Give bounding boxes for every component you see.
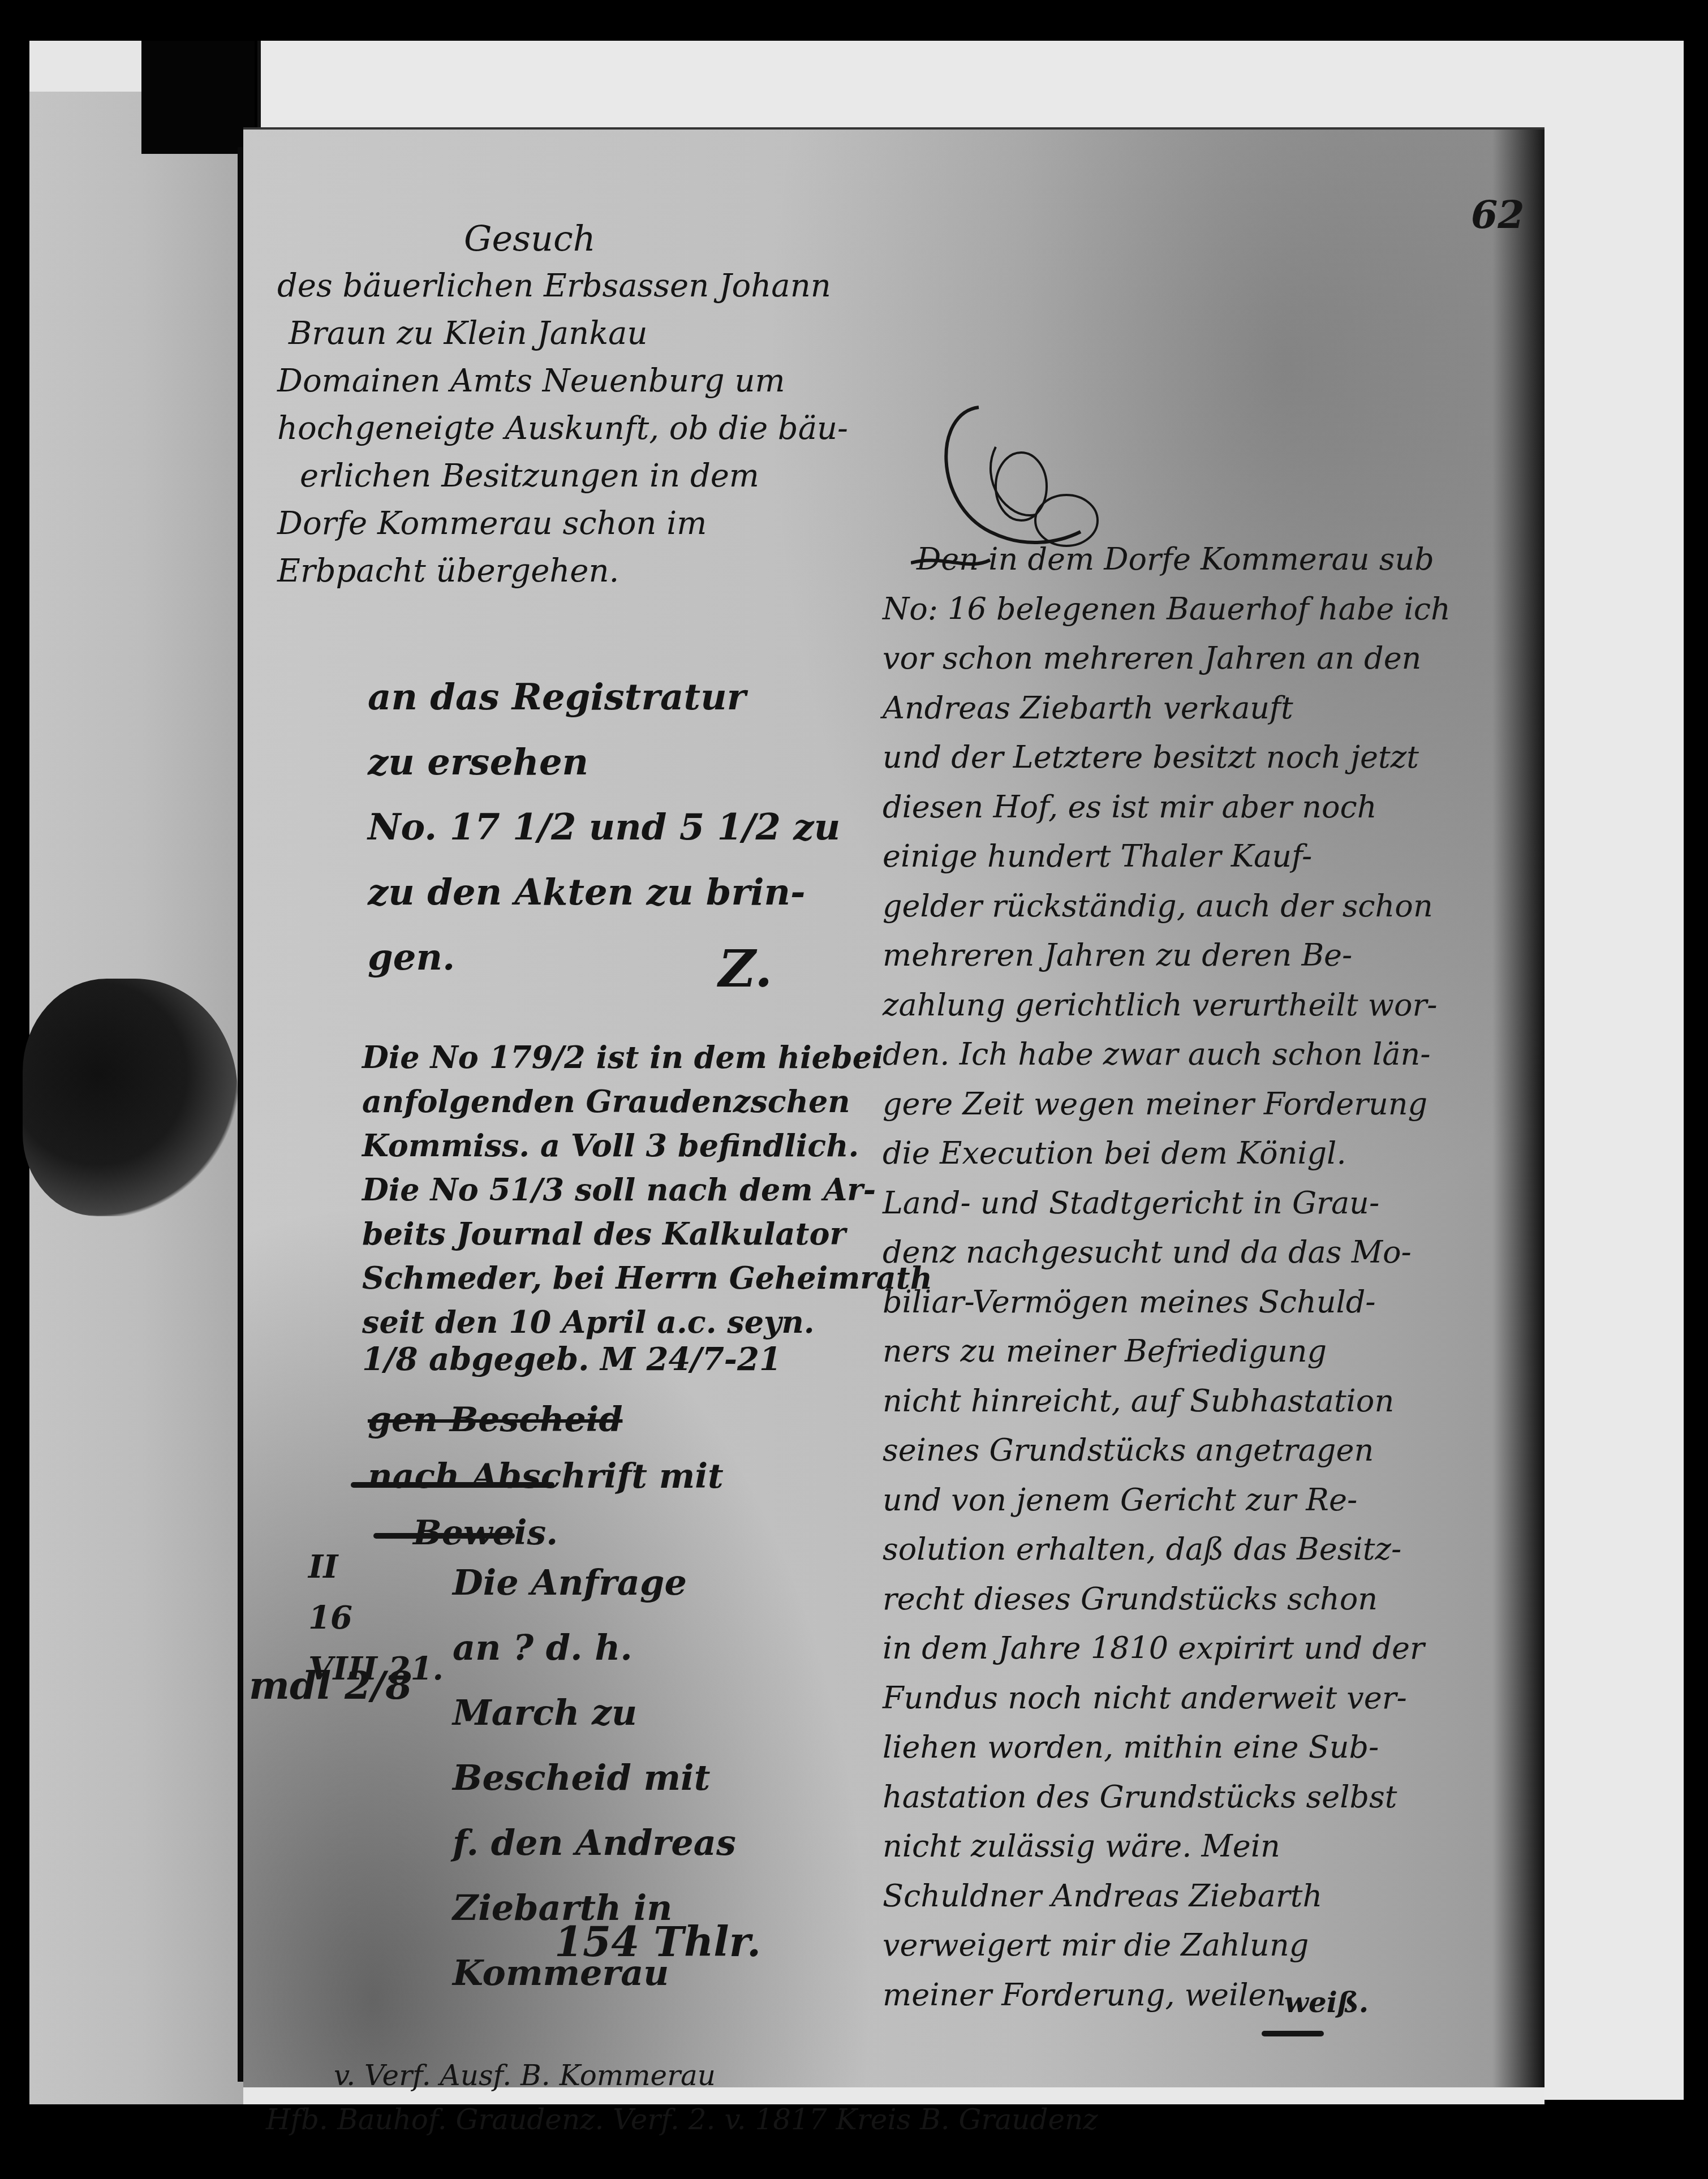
body-line: Den in dem Dorfe Kommerau sub [883,535,1550,584]
body-line: Land- und Stadtgericht in Grau- [883,1178,1550,1228]
footer-notes: v. Verf. Ausf. B. Kommerau Hfb. Bauhof. … [266,2053,1098,2142]
registry-initials: Z. [719,939,772,999]
body-line: recht dieses Grundstücks schon [883,1574,1550,1624]
amount-note: 154 Thlr. [554,1918,761,1966]
memo-line: Die No 51/3 soll nach dem Ar- [362,1168,932,1212]
petition-body: Den in dem Dorfe Kommerau sub No: 16 bel… [883,535,1550,2019]
body-line: die Execution bei dem Königl. [883,1129,1550,1178]
footer-line: v. Verf. Ausf. B. Kommerau [266,2053,1098,2098]
spine-top-edge [29,41,143,92]
resolution-line: an ? d. h. [453,1615,736,1680]
heading-title: Gesuch [277,215,900,262]
body-line: nicht hinreicht, auf Subhastation [883,1376,1550,1426]
heading-line: hochgeneigte Auskunft, ob die bäu- [277,405,900,453]
body-line: mehreren Jahren zu deren Be- [883,931,1550,980]
heading-line: des bäuerlichen Erbsassen Johann [277,262,900,310]
struck-line: gen Bescheid [368,1392,724,1448]
body-line: liehen worden, mithin eine Sub- [883,1722,1550,1772]
heading-line: Domainen Amts Neuenburg um [277,358,900,405]
margin-date-part: 16 [308,1592,444,1643]
body-line: gelder rückständig, auch der schon [883,881,1550,931]
body-line: in dem Jahre 1810 expirirt und der [883,1624,1550,1673]
footer-line: Hfb. Bauhof. Graudenz. Verf. 2. v. 1817 … [266,2098,1098,2142]
body-line: und von jenem Gericht zur Re- [883,1475,1550,1525]
memo-line: beits Journal des Kalkulator [362,1212,932,1256]
body-line: No: 16 belegenen Bauerhof habe ich [883,584,1550,634]
divider-rule [373,1533,515,1539]
spine-gap [141,41,255,154]
body-line: meiner Forderung, weilen [883,1970,1550,2020]
page-number: 62 [1471,192,1525,238]
body-line: verweigert mir die Zahlung [883,1920,1550,1970]
body-line: solution erhalten, daß das Besitz- [883,1525,1550,1574]
memo-line: anfolgenden Graudenzschen [362,1079,932,1123]
memo-line: Die No 179/2 ist in dem hiebei [362,1035,932,1079]
closing-underline [1262,2031,1324,2036]
memo-line: seit den 10 April a.c. seyn. [362,1300,932,1344]
body-line: gere Zeit wegen meiner Forderung [883,1079,1550,1129]
body-line: diesen Hof, es ist mir aber noch [883,782,1550,832]
memo-signature: 1/8 abgegeb. M 24/7-21 [362,1341,781,1378]
registry-line: zu den Akten zu brin- [368,860,840,925]
body-line: biliar-Vermögen meines Schuld- [883,1277,1550,1327]
resolution-line: Die Anfrage [453,1550,736,1615]
resolution-line: March zu [453,1680,736,1745]
heading-line: Dorfe Kommerau schon im [277,500,900,548]
margin-date-part: II [308,1541,444,1592]
body-line: und der Letztere besitzt noch jetzt [883,733,1550,782]
body-line: nicht zulässig wäre. Mein [883,1821,1550,1871]
resolution-line: Bescheid mit [453,1745,736,1810]
body-line: den. Ich habe zwar auch schon län- [883,1030,1550,1079]
divider-rule [351,1482,554,1488]
scanner-top-strip [0,0,1708,40]
body-line: einige hundert Thaler Kauf- [883,832,1550,881]
heading-line: Erbpacht übergehen. [277,548,900,595]
struck-line: nach Abschrift mit [368,1448,724,1505]
resolution-line: f. den Andreas [453,1810,736,1875]
body-line: ners zu meiner Befriedigung [883,1327,1550,1376]
registry-line: zu ersehen [368,730,840,795]
registry-line: No. 17 1/2 und 5 1/2 zu [368,795,840,860]
heading-line: Braun zu Klein Jankau [277,310,900,358]
body-line: Andreas Ziebarth verkauft [883,683,1550,733]
closing-word: weiß. [1284,1986,1369,2019]
fold-line [238,147,243,2082]
body-line: Fundus noch nicht anderweit ver- [883,1673,1550,1723]
body-line: denz nachgesucht und da das Mo- [883,1228,1550,1277]
body-line: vor schon mehreren Jahren an den [883,634,1550,683]
archive-memo: Die No 179/2 ist in dem hiebei anfolgend… [362,1035,932,1344]
petition-heading: Gesuch des bäuerlichen Erbsassen Johann … [277,215,900,595]
body-line: hastation des Grundstücks selbst [883,1772,1550,1822]
registry-line: an das Registratur [368,665,840,730]
body-line: seines Grundstücks angetragen [883,1426,1550,1475]
body-line: zahlung gerichtlich verurtheilt wor- [883,980,1550,1030]
margin-initials: mdl 2/8 [249,1663,412,1708]
heading-line: erlichen Besitzungen in dem [277,453,900,500]
memo-line: Schmeder, bei Herrn Geheimrath [362,1256,932,1300]
body-line: Schuldner Andreas Ziebarth [883,1871,1550,1921]
memo-line: Kommiss. a Voll 3 befindlich. [362,1123,932,1168]
